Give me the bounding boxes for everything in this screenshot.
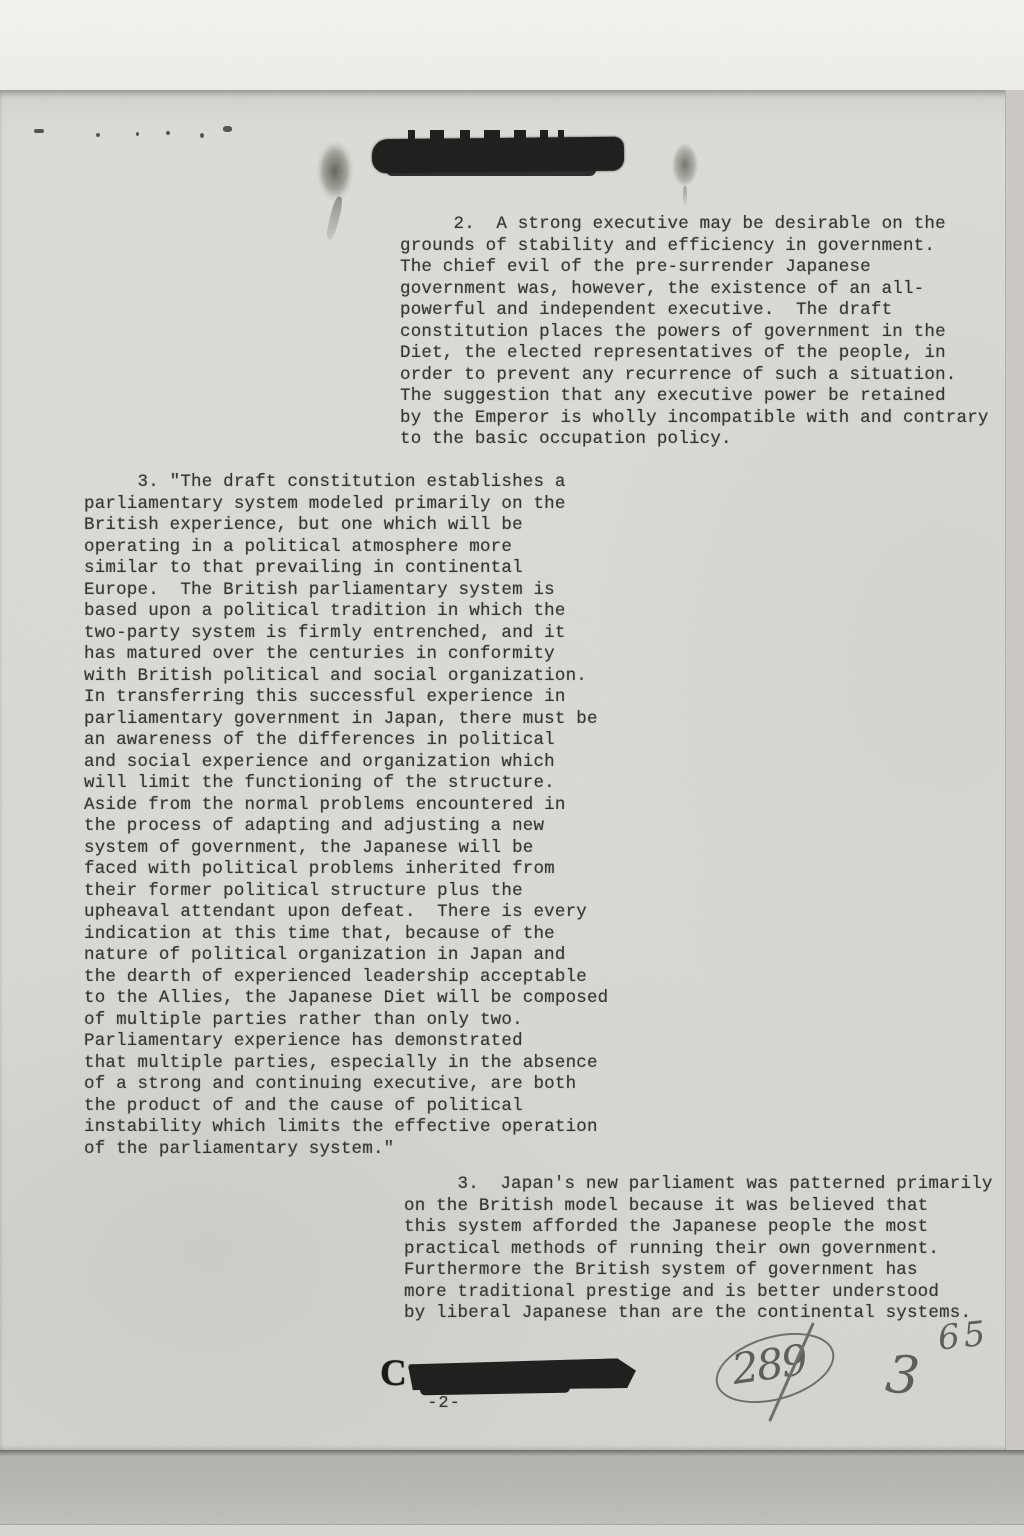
paper-speck [136, 132, 139, 136]
circled-number: 289 [729, 1337, 809, 1393]
redaction-bar [386, 164, 596, 176]
paper-speck [166, 131, 170, 135]
page-number: -2- [404, 1394, 484, 1413]
circled-number-annotation: 289 [714, 1332, 838, 1406]
scanned-document-page: 2. A strong executive may be desirable o… [0, 0, 1024, 1536]
handwritten-number-65: 65 [936, 1313, 991, 1358]
paper-speck [223, 126, 232, 132]
quoted-paragraph-3: 3. "The draft constitution establishes a… [84, 472, 659, 1160]
paper-speck [96, 133, 100, 137]
scan-margin-bottom-strip [0, 1524, 1024, 1536]
paper-speck [200, 133, 204, 138]
scan-margin-top [0, 0, 1024, 90]
handwritten-number-3: 3 [883, 1344, 922, 1407]
paragraph-3: 3. Japan's new parliament was patterned … [404, 1174, 1014, 1325]
stamp-visible-letter: C [380, 1354, 407, 1394]
paper-speck [34, 129, 44, 133]
ink-blot-smear [683, 186, 687, 208]
paragraph-2: 2. A strong executive may be desirable o… [400, 214, 1010, 451]
redacted-classification-stamp-top [372, 126, 632, 182]
